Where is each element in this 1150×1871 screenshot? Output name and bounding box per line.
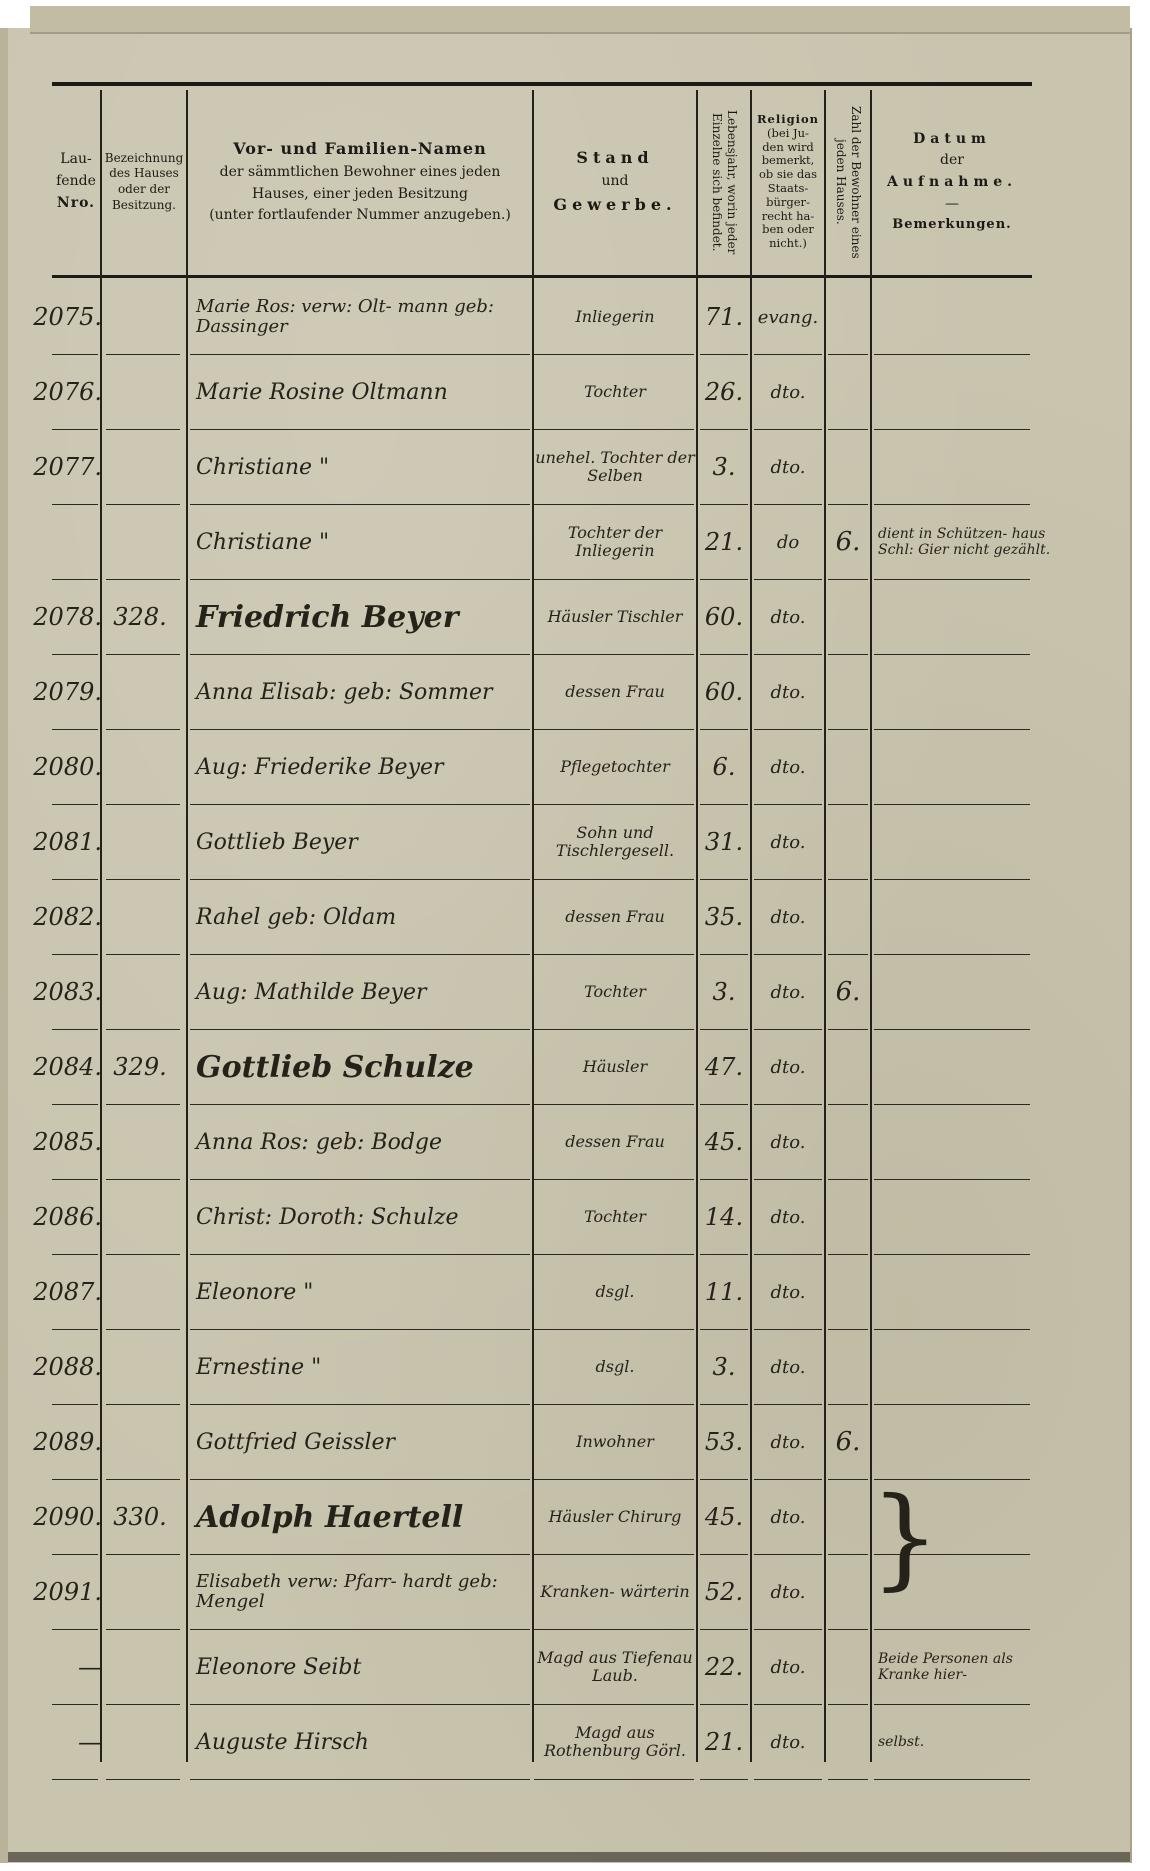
cell-name: Gottlieb Schulze [190,1030,536,1104]
cell-nro [12,505,106,579]
cell-religion: dto. [752,355,824,429]
cell-house-number: 328. [100,580,180,654]
cell-household-count: 6. [826,505,870,579]
cell-remarks [872,730,1068,804]
cell-religion: dto. [752,1555,824,1629]
cell-religion: dto. [752,580,824,654]
table-row: 2082.Rahel geb: Oldamdessen Frau35.dto. [52,880,1032,955]
cell-religion: evang. [752,280,824,354]
table-row: 2078.328.Friedrich BeyerHäusler Tischler… [52,580,1032,655]
cell-household-count [826,280,870,354]
cell-household-count [826,1105,870,1179]
header-religion-line: nicht.) [769,237,807,251]
cell-house-number [100,805,180,879]
cell-name: Christiane " [190,430,536,504]
top-rule [52,82,1032,86]
cell-remarks [872,1105,1068,1179]
cell-age: 71. [698,280,750,354]
cell-name: Ernestine " [190,1330,536,1404]
cell-remarks [872,580,1068,654]
cell-name: Anna Ros: geb: Bodge [190,1105,536,1179]
cell-nro: 2080. [12,730,106,804]
header-religion-line: ob sie das [759,168,817,182]
cell-remarks: dient in Schützen- haus Schl: Gier nicht… [872,505,1068,579]
cell-remarks [872,1405,1068,1479]
cell-name: Gottlieb Beyer [190,805,536,879]
brace-symbol: } [870,1482,940,1592]
header-stand-line: und [602,171,629,193]
cell-name: Eleonore " [190,1255,536,1329]
cell-house-number [100,880,180,954]
header-datum: Datum der Aufnahme. — Bemerkungen. [872,92,1032,272]
cell-nro: 2089. [12,1405,106,1479]
header-religion-line: Religion [757,113,819,127]
row-rule [106,1779,180,1780]
cell-age: 11. [698,1255,750,1329]
cell-house-number [100,1705,180,1779]
table-row: 2086.Christ: Doroth: SchulzeTochter14.dt… [52,1180,1032,1255]
cell-remarks [872,280,1068,354]
header-haus-line: Besitzung. [112,198,176,214]
cell-name: Auguste Hirsch [190,1705,536,1779]
header-name-line: der sämmtlichen Bewohner eines jeden [220,162,501,184]
cell-house-number [100,1180,180,1254]
cell-remarks [872,1255,1068,1329]
cell-nro: 2078. [12,580,106,654]
header-datum-line: der [940,150,964,172]
header-religion-line: bürger- [766,196,810,210]
table-row: 2088.Ernestine "dsgl.3.dto. [52,1330,1032,1405]
page-bottom-edge [8,1852,1130,1862]
cell-age: 60. [698,655,750,729]
header-nro-line: Lau- [60,149,91,171]
cell-household-count: 6. [826,955,870,1029]
header-remarks-title: Bemerkungen. [892,215,1011,235]
cell-age: 22. [698,1630,750,1704]
cell-house-number: 329. [100,1030,180,1104]
cell-occupation: Inwohner [534,1405,696,1479]
cell-nro: 2090. [12,1480,106,1554]
header-datum-title: Aufnahme. [887,172,1017,194]
cell-age: 21. [698,1705,750,1779]
cell-household-count [826,1480,870,1554]
table-row: 2087.Eleonore "dsgl.11.dto. [52,1255,1032,1330]
cell-age: 45. [698,1105,750,1179]
cell-name: Aug: Friederike Beyer [190,730,536,804]
cell-religion: do [752,505,824,579]
header-religion-line: (bei Ju- [767,127,809,141]
cell-religion: dto. [752,1030,824,1104]
cell-religion: dto. [752,1405,824,1479]
cell-name: Elisabeth verw: Pfarr- hardt geb: Mengel [190,1555,536,1629]
cell-nro: 2088. [12,1330,106,1404]
cell-household-count [826,430,870,504]
cell-age: 6. [698,730,750,804]
cell-name: Rahel geb: Oldam [190,880,536,954]
header-stand: Stand und Gewerbe. [534,92,696,272]
table-row: 2075.Marie Ros: verw: Olt- mann geb: Das… [52,280,1032,355]
cell-age: 26. [698,355,750,429]
cell-religion: dto. [752,1330,824,1404]
cell-household-count [826,1180,870,1254]
cell-religion: dto. [752,1105,824,1179]
row-rule [52,1779,98,1780]
cell-age: 21. [698,505,750,579]
row-rule [534,1779,694,1780]
cell-occupation: dsgl. [534,1255,696,1329]
table-row: 2083.Aug: Mathilde BeyerTochter3.dto.6. [52,955,1032,1030]
cell-religion: dto. [752,730,824,804]
cell-house-number [100,355,180,429]
table-row: 2084.329.Gottlieb SchulzeHäusler47.dto. [52,1030,1032,1105]
cell-age: 45. [698,1480,750,1554]
header-haus-line: oder der [118,182,170,198]
row-rule [874,1779,1030,1780]
cell-nro: 2075. [12,280,106,354]
cell-occupation: dessen Frau [534,1105,696,1179]
cell-religion: dto. [752,1705,824,1779]
header-haus-line: Bezeichnung [105,151,184,167]
header-name-title: Vor- und Familien-Namen [233,137,486,162]
cell-age: 3. [698,955,750,1029]
cell-occupation: Tochter [534,955,696,1029]
cell-occupation: unehel. Tochter der Selben [534,430,696,504]
cell-occupation: dsgl. [534,1330,696,1404]
cell-house-number [100,430,180,504]
table-row: 2080.Aug: Friederike BeyerPflegetochter6… [52,730,1032,805]
cell-remarks: selbst. [872,1705,1068,1779]
cell-nro: 2076. [12,355,106,429]
cell-nro: 2087. [12,1255,106,1329]
row-rule [190,1779,530,1780]
cell-age: 14. [698,1180,750,1254]
cell-age: 53. [698,1405,750,1479]
header-nro-line: fende [56,171,96,193]
header-name: Vor- und Familien-Namen der sämmtlichen … [188,92,532,272]
header-name-line: Hauses, einer jeden Besitzung [252,184,468,206]
cell-household-count [826,355,870,429]
cell-nro: 2079. [12,655,106,729]
cell-house-number [100,1555,180,1629]
cell-age: 35. [698,880,750,954]
header-age: Lebensjahr, worin jeder Einzelne sich be… [698,92,750,272]
cell-nro: 2084. [12,1030,106,1104]
cell-household-count [826,655,870,729]
cell-name: Marie Ros: verw: Olt- mann geb: Dassinge… [190,280,536,354]
cell-name: Anna Elisab: geb: Sommer [190,655,536,729]
cell-name: Adolph Haertell [190,1480,536,1554]
cell-religion: dto. [752,805,824,879]
header-religion-line: bemerkt, [762,154,815,168]
cell-occupation: dessen Frau [534,880,696,954]
cell-household-count [826,580,870,654]
cell-house-number [100,280,180,354]
cell-age: 47. [698,1030,750,1104]
header-nro: Lau- fende Nro. [52,92,100,272]
header-name-line: (unter fortlaufender Nummer anzugeben.) [209,205,511,227]
table-row: —Auguste HirschMagd aus Rothenburg Görl.… [52,1705,1032,1780]
cell-religion: dto. [752,430,824,504]
row-rule [700,1779,748,1780]
cell-household-count [826,805,870,879]
cell-remarks [872,955,1068,1029]
header-religion-line: ben oder [762,223,814,237]
table-row: Christiane "Tochter der Inliegerin21.do6… [52,505,1032,580]
cell-remarks [872,655,1068,729]
cell-house-number [100,730,180,804]
cell-age: 3. [698,1330,750,1404]
table-row: 2077.Christiane "unehel. Tochter der Sel… [52,430,1032,505]
cell-religion: dto. [752,955,824,1029]
cell-remarks [872,1330,1068,1404]
cell-age: 60. [698,580,750,654]
cell-household-count [826,1030,870,1104]
header-zahl-text: Zahl der Bewohner eines jeden Hauses. [833,92,863,272]
cell-age: 3. [698,430,750,504]
cell-nro: 2091. [12,1555,106,1629]
header-religion-line: recht ha- [762,210,815,224]
cell-house-number [100,1255,180,1329]
header-age-text: Lebensjahr, worin jeder Einzelne sich be… [709,92,739,272]
cell-nro: 2082. [12,880,106,954]
cell-name: Gottfried Geissler [190,1405,536,1479]
cell-occupation: Tochter [534,355,696,429]
header-religion: Religion (bei Ju- den wird bemerkt, ob s… [752,92,824,272]
table-row: 2085.Anna Ros: geb: Bodgedessen Frau45.d… [52,1105,1032,1180]
cell-religion: dto. [752,1255,824,1329]
cell-occupation: Pflegetochter [534,730,696,804]
cell-house-number [100,955,180,1029]
cell-remarks [872,1030,1068,1104]
cell-occupation: Häusler Tischler [534,580,696,654]
table-row: —Eleonore SeibtMagd aus Tiefenau Laub.22… [52,1630,1032,1705]
cell-name: Eleonore Seibt [190,1630,536,1704]
cell-occupation: Magd aus Rothenburg Görl. [534,1705,696,1779]
cell-occupation: Kranken- wärterin [534,1555,696,1629]
cell-remarks [872,355,1068,429]
cell-religion: dto. [752,1180,824,1254]
cell-occupation: dessen Frau [534,655,696,729]
census-table: Lau- fende Nro. Bezeichnung des Hauses o… [52,82,1032,1842]
cell-occupation: Häusler [534,1030,696,1104]
cell-house-number [100,505,180,579]
cell-name: Aug: Mathilde Beyer [190,955,536,1029]
header-stand-title: Stand [576,146,653,171]
cell-house-number [100,1405,180,1479]
cell-house-number [100,1105,180,1179]
cell-nro: 2085. [12,1105,106,1179]
cell-age: 31. [698,805,750,879]
cell-house-number [100,655,180,729]
cell-occupation: Tochter der Inliegerin [534,505,696,579]
cell-occupation: Sohn und Tischlergesell. [534,805,696,879]
cell-name: Friedrich Beyer [190,580,536,654]
cell-household-count: 6. [826,1405,870,1479]
cell-house-number: 330. [100,1480,180,1554]
header-haus: Bezeichnung des Hauses oder der Besitzun… [102,92,186,272]
cell-remarks [872,805,1068,879]
header-stand-title: Gewerbe. [553,193,676,218]
table-row: 2089.Gottfried GeisslerInwohner53.dto.6. [52,1405,1032,1480]
cell-name: Christ: Doroth: Schulze [190,1180,536,1254]
cell-remarks: Beide Personen als Kranke hier- [872,1630,1068,1704]
cell-religion: dto. [752,655,824,729]
header-datum-title: Datum [913,129,991,151]
cell-nro: 2083. [12,955,106,1029]
row-rule [828,1779,868,1780]
cell-household-count [826,1330,870,1404]
cell-occupation: Magd aus Tiefenau Laub. [534,1630,696,1704]
table-row: 2079.Anna Elisab: geb: Sommerdessen Frau… [52,655,1032,730]
cell-name: Marie Rosine Oltmann [190,355,536,429]
cell-household-count [826,1555,870,1629]
cell-remarks [872,430,1068,504]
cell-nro: 2081. [12,805,106,879]
page-top-edge [30,6,1130,34]
cell-household-count [826,880,870,954]
cell-religion: dto. [752,880,824,954]
header-religion-line: Staats- [768,182,809,196]
row-rule [754,1779,822,1780]
cell-name: Christiane " [190,505,536,579]
header-religion-line: den wird [762,141,814,155]
cell-nro: — [12,1630,106,1704]
header-rule [52,275,1032,278]
cell-remarks [872,1180,1068,1254]
cell-occupation: Häusler Chirurg [534,1480,696,1554]
header-nro-line: Nro. [57,193,95,215]
cell-household-count [826,1630,870,1704]
table-row: 2081.Gottlieb BeyerSohn und Tischlergese… [52,805,1032,880]
cell-nro: 2086. [12,1180,106,1254]
cell-house-number [100,1630,180,1704]
table-row: 2076.Marie Rosine OltmannTochter26.dto. [52,355,1032,430]
cell-age: 52. [698,1555,750,1629]
header-haus-line: des Hauses [109,166,179,182]
cell-remarks [872,880,1068,954]
cell-house-number [100,1330,180,1404]
cell-household-count [826,1705,870,1779]
cell-household-count [826,1255,870,1329]
cell-religion: dto. [752,1480,824,1554]
header-zahl: Zahl der Bewohner eines jeden Hauses. [826,92,870,272]
header-datum-line: — [945,194,959,216]
cell-religion: dto. [752,1630,824,1704]
cell-occupation: Inliegerin [534,280,696,354]
cell-household-count [826,730,870,804]
cell-occupation: Tochter [534,1180,696,1254]
cell-nro: — [12,1705,106,1779]
cell-nro: 2077. [12,430,106,504]
